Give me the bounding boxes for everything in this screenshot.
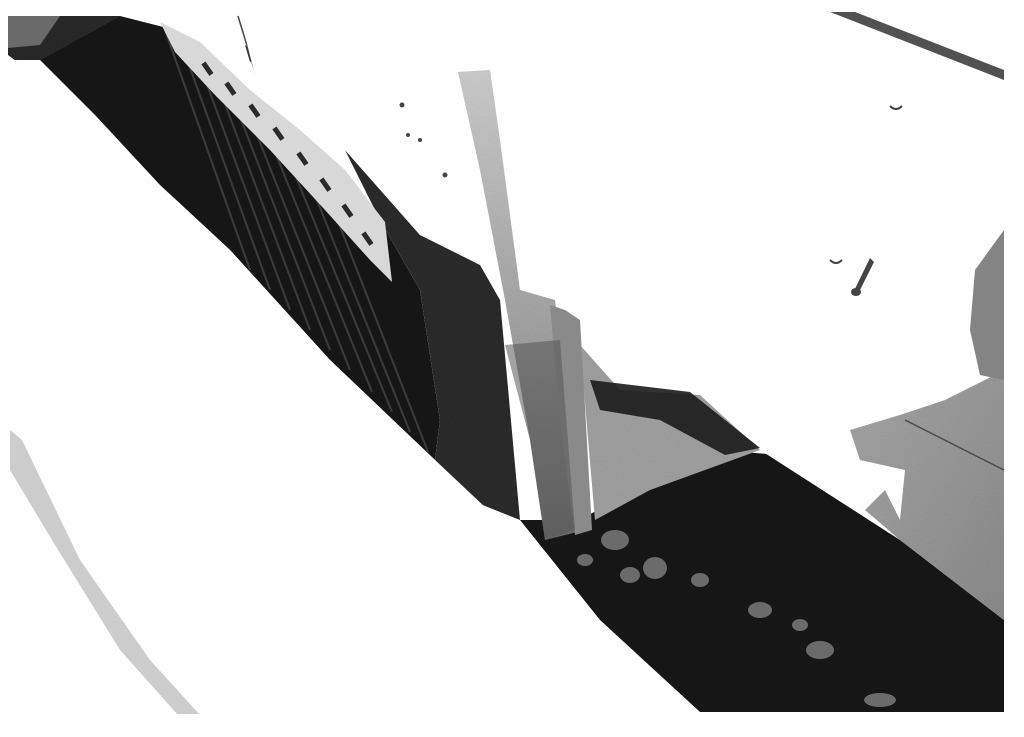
border-bottom (0, 714, 1024, 737)
photograph (0, 0, 1024, 737)
border-top (0, 0, 1024, 12)
border-left (0, 0, 7, 737)
border-right (1006, 0, 1024, 737)
